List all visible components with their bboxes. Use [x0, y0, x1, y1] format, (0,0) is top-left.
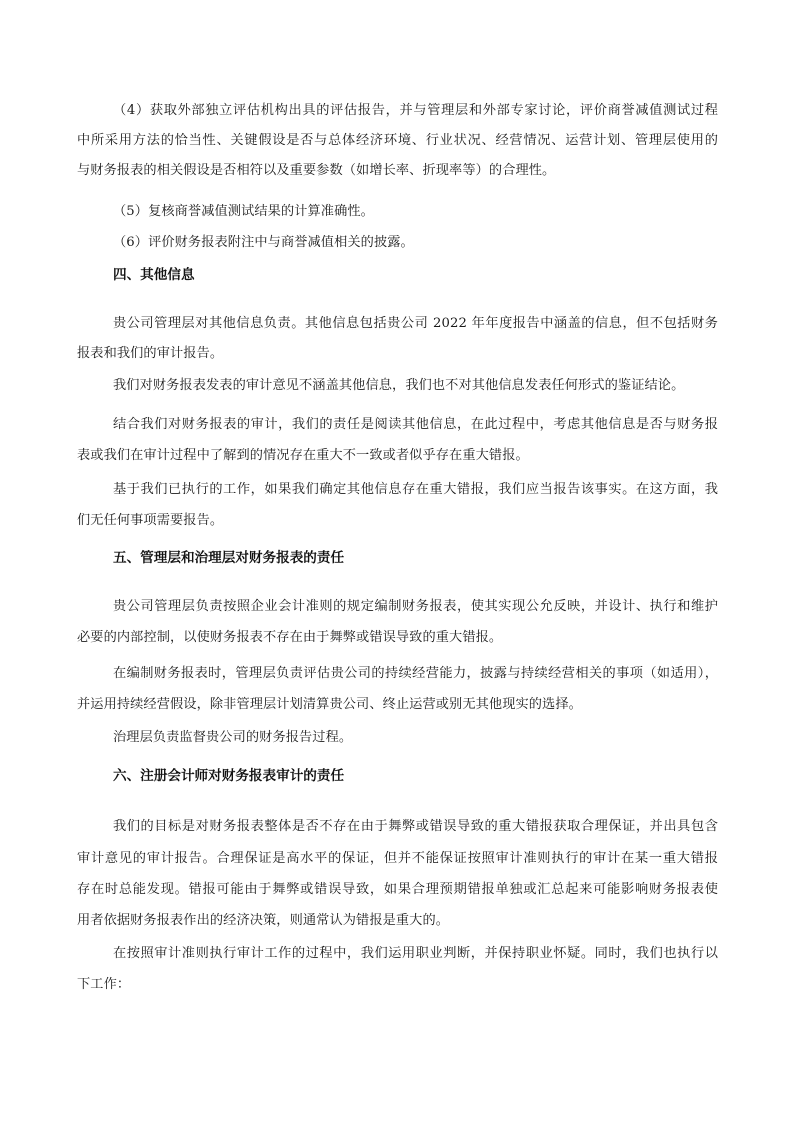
s6-p1-line-1: 我们的目标是对财务报表整体是否不存在由于舞弊或错误导致的重大错报获取合理保证，并…	[113, 818, 718, 836]
s6-p2-line-1: 在按照审计准则执行审计工作的过程中，我们运用职业判断，并保持职业怀疑。同时，我们…	[113, 945, 718, 963]
s4-p1-line-2: 报表和我们的审计报告。	[77, 345, 718, 363]
s4-p3-line-2: 表或我们在审计过程中了解到的情况存在重大不一致或者似乎存在重大错报。	[77, 447, 718, 465]
s6-p1-line-4: 用者依据财务报表作出的经济决策，则通常认为错报是重大的。	[77, 912, 718, 930]
s4-p4-line-2: 们无任何事项需要报告。	[77, 512, 718, 530]
s6-p1-line-2: 审计意见的审计报告。合理保证是高水平的保证，但并不能保证按照审计准则执行的审计在…	[77, 850, 718, 868]
s4-p4-line-1: 基于我们已执行的工作，如果我们确定其他信息存在重大错报，我们应当报告该事实。在这…	[113, 481, 718, 499]
item-4-line-2: 中所采用方法的恰当性、关键假设是否与总体经济环境、行业状况、经营情况、运营计划、…	[77, 132, 718, 150]
item-5: （5）复核商誉减值测试结果的计算准确性。	[113, 203, 718, 221]
s5-p2-line-1: 在编制财务报表时，管理层负责评估贵公司的持续经营能力，披露与持续经营相关的事项（…	[113, 665, 718, 683]
section-4-heading: 四、其他信息	[113, 266, 195, 284]
section-5-heading: 五、管理层和治理层对财务报表的责任	[113, 549, 344, 567]
s5-p1-line-1: 贵公司管理层负责按照企业会计准则的规定编制财务报表，使其实现公允反映，并设计、执…	[113, 598, 718, 616]
s4-p1-line-1: 贵公司管理层对其他信息负责。其他信息包括贵公司 2022 年年度报告中涵盖的信息…	[113, 315, 718, 333]
s5-p2-line-2: 并运用持续经营假设，除非管理层计划清算贵公司、终止运营或别无其他现实的选择。	[77, 696, 718, 714]
item-4-line-3: 与财务报表的相关假设是否相符以及重要参数（如增长率、折现率等）的合理性。	[77, 162, 718, 180]
s5-p3-line-1: 治理层负责监督贵公司的财务报告过程。	[113, 729, 718, 747]
item-6: （6）评价财务报表附注中与商誉减值相关的披露。	[113, 234, 718, 252]
section-6-heading: 六、注册会计师对财务报表审计的责任	[113, 767, 344, 785]
document-page: （4）获取外部独立评估机构出具的评估报告，并与管理层和外部专家讨论，评价商誉减值…	[0, 0, 793, 1122]
s6-p1-line-3: 存在时总能发现。错报可能由于舞弊或错误导致，如果合理预期错报单独或汇总起来可能影…	[77, 881, 718, 899]
s5-p1-line-2: 必要的内部控制，以使财务报表不存在由于舞弊或错误导致的重大错报。	[77, 629, 718, 647]
s6-p2-line-2: 下工作：	[77, 976, 718, 994]
s4-p2-line-1: 我们对财务报表发表的审计意见不涵盖其他信息，我们也不对其他信息发表任何形式的鉴证…	[113, 377, 718, 395]
item-4-line-1: （4）获取外部独立评估机构出具的评估报告，并与管理层和外部专家讨论，评价商誉减值…	[113, 102, 718, 120]
s4-p3-line-1: 结合我们对财务报表的审计，我们的责任是阅读其他信息，在此过程中，考虑其他信息是否…	[113, 416, 718, 434]
